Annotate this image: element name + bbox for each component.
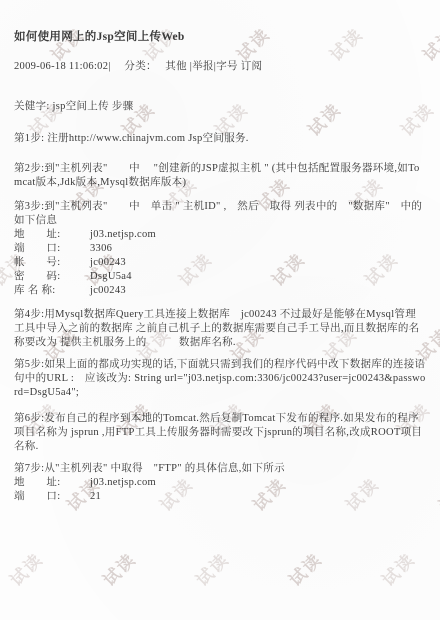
db-name-value: jc00243 (90, 284, 126, 298)
ftp-address-label: 地 址: (14, 476, 78, 490)
ftp-port-value: 21 (90, 490, 101, 504)
db-address-value: j03.netjsp.com (90, 228, 156, 242)
db-password-value: DsgU5a4 (90, 270, 132, 284)
step-3: 第3步:到"主机列表" 中 单击 " 主机ID" , 然后 取得 列表中的 "数… (14, 200, 426, 228)
keywords-line: 关健字: jsp空间上传 步骤 (14, 100, 426, 114)
db-name-label: 库 名 称: (14, 284, 78, 298)
db-name-row: 库 名 称:jc00243 (14, 284, 426, 298)
db-address-row: 地 址:j03.netjsp.com (14, 228, 426, 242)
ftp-address-row: 地 址:j03.netjsp.com (14, 476, 426, 490)
step-7: 第7步:从"主机列表" 中取得 "FTP" 的具体信息,如下所示 (14, 462, 426, 476)
db-port-label: 端 口: (14, 242, 78, 256)
db-password-label: 密 码: (14, 270, 78, 284)
ftp-port-row: 端 口:21 (14, 490, 426, 504)
db-password-row: 密 码:DsgU5a4 (14, 270, 426, 284)
preview-watermark-text: 试读 (0, 535, 58, 600)
step-1: 第1步: 注册http://www.chinajvm.com Jsp空间服务. (14, 132, 426, 146)
preview-watermark-text: 试读 (178, 535, 243, 600)
document-page: 试读试读试读试读试读试读试读试读试读试读试读试读试读试读试读试读试读试读试读试读… (0, 0, 440, 620)
meta-line: 2009-06-18 11:06:02| 分类： 其他 |举报|字号 订阅 (14, 60, 426, 74)
step-6: 第6步:发布自己的程序到本地的Tomcat.然后复制Tomcat下发布的程序.如… (14, 412, 426, 454)
ftp-address-value: j03.netjsp.com (90, 476, 156, 490)
preview-watermark-text: 试读 (364, 535, 429, 600)
db-account-label: 帐 号: (14, 256, 78, 270)
step-2: 第2步:到"主机列表" 中 "创建新的JSP虚拟主机 " (其中包括配置服务器环… (14, 162, 426, 190)
preview-watermark-text: 试读 (85, 535, 150, 600)
db-account-row: 帐 号:jc00243 (14, 256, 426, 270)
page-title: 如何使用网上的Jsp空间上传Web (14, 30, 426, 44)
step-5: 第5步:如果上面的都成功实现的话,下面就只需到我们的程序代码中改下数据库的连接语… (14, 358, 426, 400)
db-account-value: jc00243 (90, 256, 126, 270)
db-address-label: 地 址: (14, 228, 78, 242)
db-port-value: 3306 (90, 242, 112, 256)
db-port-row: 端 口:3306 (14, 242, 426, 256)
document-content: 如何使用网上的Jsp空间上传Web 2009-06-18 11:06:02| 分… (0, 30, 440, 504)
ftp-port-label: 端 口: (14, 490, 78, 504)
preview-watermark-text: 试读 (271, 535, 336, 600)
step-4: 第4步:用Mysql数据库Query工具连接上数据库 jc00243 不过最好是… (14, 308, 426, 350)
